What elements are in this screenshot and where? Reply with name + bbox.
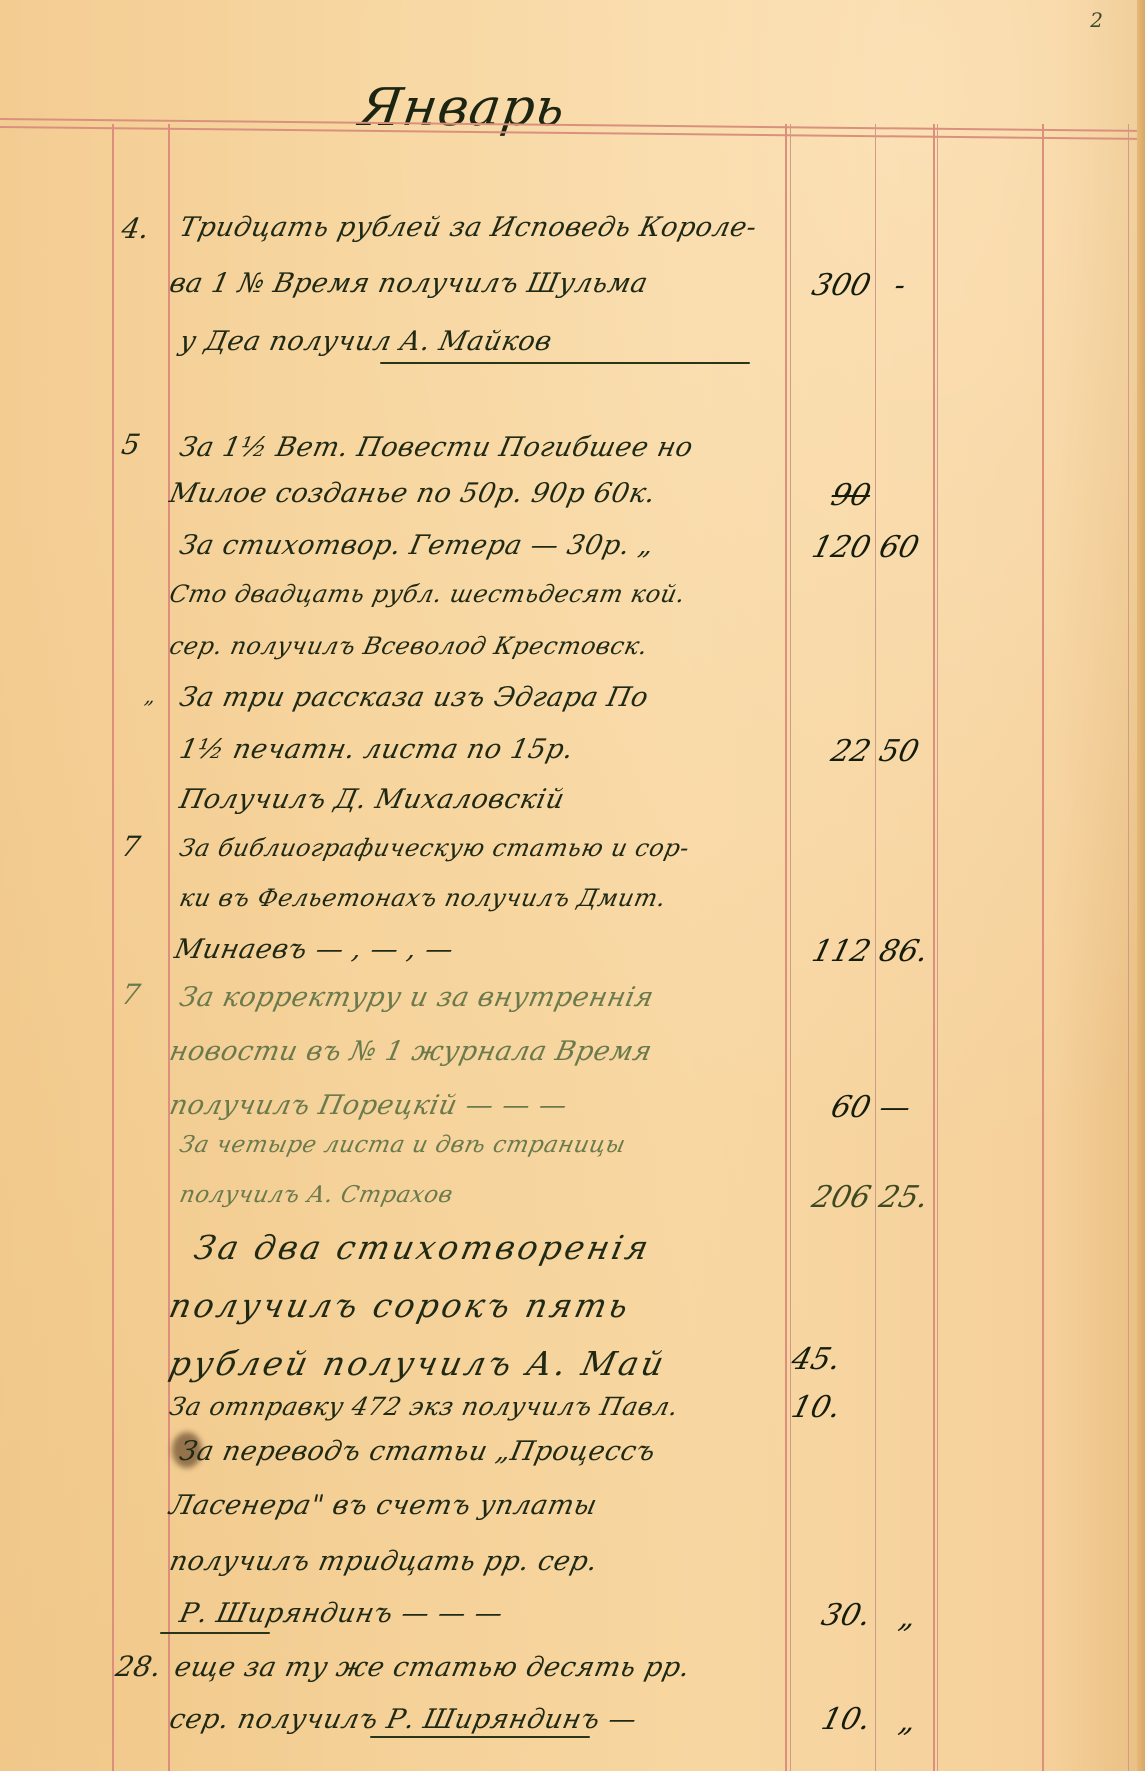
column-rule-description (785, 124, 787, 1771)
entry-line: Милое созданье по 50р. 90р 60к. (167, 478, 659, 509)
entry-line: За 1½ Вет. Повести Погибшее но (177, 432, 696, 463)
entry-line: Сто двадцать рубл. шестьдесят кой. (167, 580, 688, 608)
entry-line: За стихотвор. Гетера — 30р. „ (177, 530, 657, 561)
signature-underline (160, 1632, 270, 1634)
entry-date: 7 (119, 830, 143, 863)
amount-kopecks: — (876, 1090, 935, 1125)
entry-line: ва 1 № Время получилъ Шульма (167, 268, 651, 299)
entry-line: Получилъ Д. Михаловскій (177, 784, 568, 815)
month-heading: Январь (356, 78, 570, 138)
entry-line: За два стихотворенія (191, 1228, 655, 1267)
amount-rubles: 112 (786, 934, 875, 969)
column-rule-edge (1128, 124, 1129, 1771)
entry-line: рублей получилъ А. Май (166, 1344, 670, 1383)
entry-line: Ласенера" въ счетъ уплаты (167, 1490, 600, 1521)
entry-date: 28. (113, 1650, 163, 1683)
entry-line: За три рассказа изъ Эдгара По (177, 682, 652, 713)
column-rule-rubles (875, 124, 876, 1771)
amount-rubles: 120 (786, 530, 875, 565)
ledger-page: 2 Январь 4. Тридцать рублей за Исповедь … (0, 0, 1145, 1771)
signature-underline (380, 362, 750, 364)
column-rule-kopecks-inner (937, 124, 938, 1771)
entry-line: получилъ тридцать рр. сер. (167, 1546, 601, 1577)
entry-line: получилъ А. Страхов (177, 1182, 455, 1208)
column-rule-margin (112, 124, 114, 1771)
amount-kopecks: „ (896, 1704, 955, 1739)
amount-rubles-struck: 90 (786, 478, 875, 513)
entry-line: За библиографическую статью и сор- (177, 834, 692, 862)
entry-line: сер. получилъ Всеволод Крестовск. (167, 632, 651, 660)
entry-line: За переводъ статьи „Процессъ (177, 1436, 659, 1467)
amount-rubles: 22 (786, 734, 875, 769)
entry-line: За корректуру и за внутреннія (177, 982, 657, 1013)
entry-line: За четыре листа и двѣ страницы (177, 1132, 628, 1158)
entry-line: 1½ печатн. листа по 15р. (177, 734, 577, 765)
entry-line: Минаевъ — , — , — (172, 934, 457, 965)
column-rule-blank (1042, 124, 1044, 1771)
amount-rubles: 10. (786, 1702, 875, 1737)
entry-date: 7 (119, 978, 143, 1011)
entry-date: 4. (119, 212, 152, 245)
amount-rubles: 206 (786, 1180, 875, 1215)
signature-underline (370, 1736, 590, 1738)
entry-line: у Деа получил А. Майков (177, 326, 555, 357)
page-number: 2 (1090, 8, 1103, 32)
entry-line: получилъ Порецкій — — — (167, 1090, 570, 1121)
entry-line: ки въ Фельетонахъ получилъ Дмит. (177, 884, 669, 912)
header-rule-top (0, 118, 1137, 132)
page-edge (1137, 0, 1145, 1771)
amount-kopecks: 25. (876, 1180, 935, 1215)
entry-line: Тридцать рублей за Исповедь Короле- (177, 212, 760, 243)
amount-rubles: 30. (786, 1598, 875, 1633)
amount-kopecks: „ (896, 1600, 955, 1635)
amount-kopecks: 60 (876, 530, 935, 565)
entry-line: сер. получилъ Р. Ширяндинъ — (167, 1704, 640, 1735)
amount-rubles: 60 (786, 1090, 875, 1125)
entry-line: получилъ сорокъ пять (166, 1286, 635, 1325)
amount-kopecks: 50 (876, 734, 935, 769)
entry-line: За отправку 472 экз получилъ Павл. (167, 1392, 681, 1421)
entry-line: еще за ту же статью десять рр. (172, 1652, 693, 1683)
column-rule-kopecks (933, 124, 935, 1771)
entry-line: новости въ № 1 журнала Время (167, 1036, 655, 1067)
amount-rubles: 300 (786, 268, 875, 303)
amount-kopecks: 86. (876, 934, 935, 969)
entry-line: Р. Ширяндинъ — — — (177, 1598, 506, 1629)
ditto-mark: „ (143, 684, 158, 708)
amount-rubles: 45. (756, 1342, 845, 1377)
entry-date: 5 (119, 428, 143, 461)
amount-rubles: 10. (756, 1390, 845, 1425)
amount-kopecks: - (891, 268, 950, 303)
column-rule-date (168, 124, 170, 1771)
